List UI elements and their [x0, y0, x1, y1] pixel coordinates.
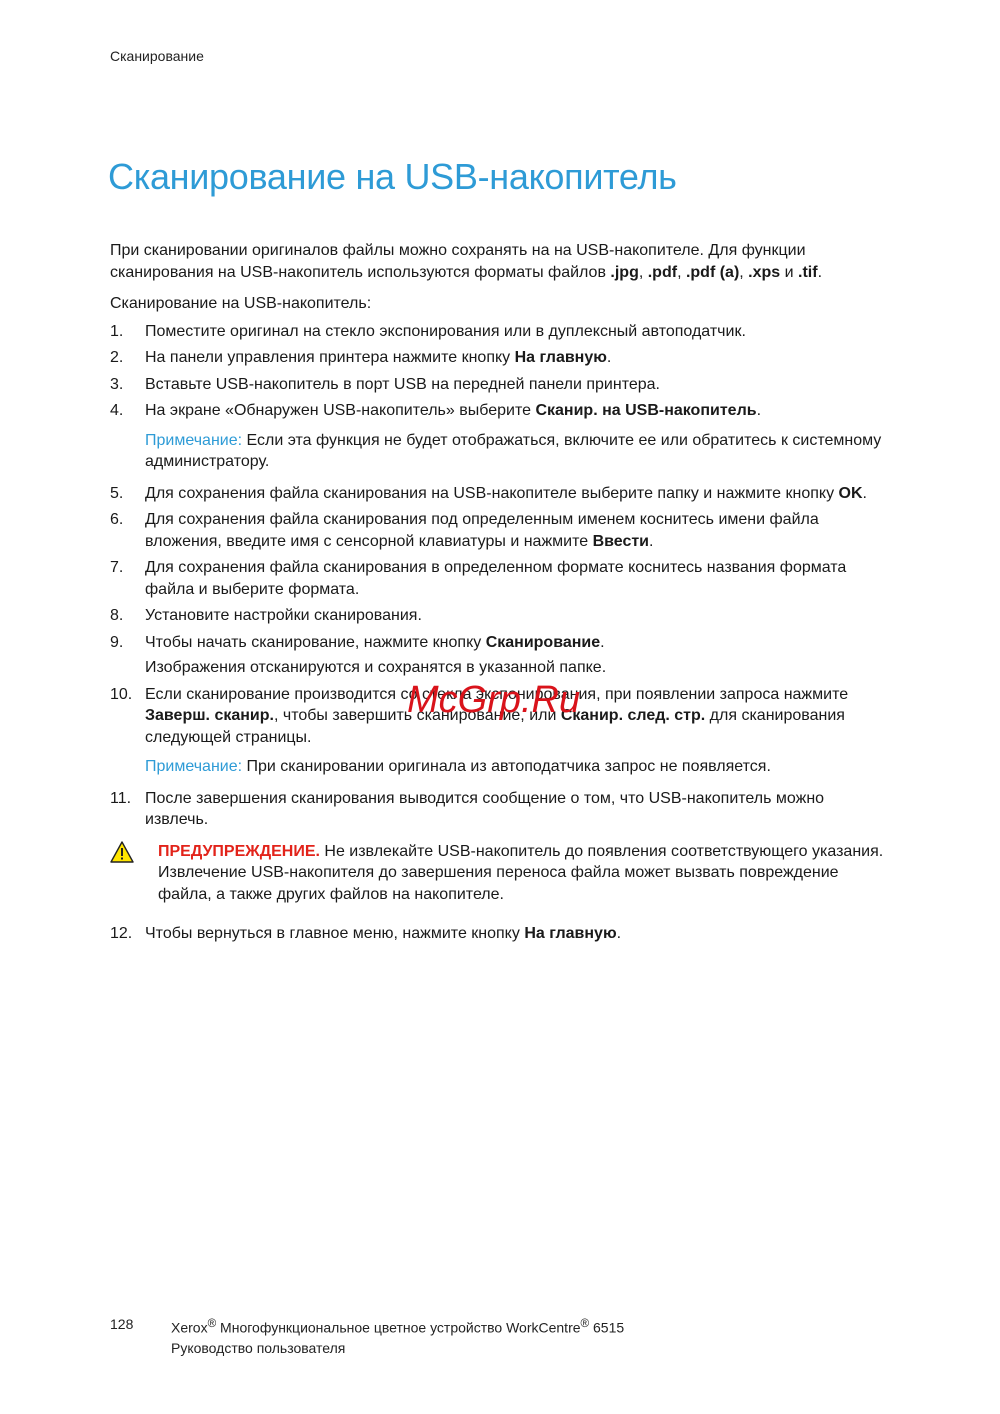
note-text: Если эта функция не будет отображаться, …	[145, 432, 881, 471]
format-tif: .tif	[798, 264, 818, 281]
step-1: 1.Поместите оригинал на стекло экспониро…	[110, 321, 890, 343]
step-text-end: .	[863, 485, 867, 502]
format-pdfa: .pdf (a)	[686, 264, 739, 281]
button-reference: Сканирование	[486, 634, 600, 651]
page-number: 128	[110, 1314, 133, 1334]
steps-list-continued: 5.Для сохранения файла сканирования на U…	[110, 483, 890, 749]
step-number: 6.	[110, 509, 123, 531]
document-body: При сканировании оригиналов файлы можно …	[110, 240, 890, 950]
separator: и	[780, 264, 798, 281]
format-pdf: .pdf	[648, 264, 677, 281]
step-2: 2.На панели управления принтера нажмите …	[110, 347, 890, 369]
intro-paragraph: При сканировании оригиналов файлы можно …	[110, 240, 890, 283]
step-text-end: .	[649, 533, 653, 550]
step-result: Изображения отсканируются и сохранятся в…	[145, 657, 890, 679]
step-11: 11.После завершения сканирования выводит…	[110, 788, 890, 831]
button-reference: Заверш. сканир.	[145, 707, 274, 724]
step-text-end: .	[757, 402, 761, 419]
step-text: Для сохранения файла сканирования на USB…	[145, 485, 839, 502]
registered-mark: ®	[581, 1317, 590, 1330]
running-header: Сканирование	[110, 48, 204, 64]
note-1: Примечание: Если эта функция не будет от…	[110, 430, 890, 473]
step-number: 10.	[110, 684, 132, 706]
format-jpg: .jpg	[610, 264, 638, 281]
button-reference: Сканир. след. стр.	[561, 707, 705, 724]
procedure-lead: Сканирование на USB-накопитель:	[110, 293, 890, 315]
step-number: 1.	[110, 321, 123, 343]
note-text: При сканировании оригинала из автоподатч…	[242, 758, 771, 775]
step-text-end: .	[600, 634, 604, 651]
footer-subtitle: Руководство пользователя	[171, 1338, 624, 1358]
step-text: Чтобы начать сканирование, нажмите кнопк…	[145, 634, 486, 651]
step-number: 4.	[110, 400, 123, 422]
note-label: Примечание:	[145, 432, 242, 449]
step-text: Поместите оригинал на стекло экспонирова…	[145, 323, 746, 340]
step-number: 7.	[110, 557, 123, 579]
step-text: На панели управления принтера нажмите кн…	[145, 349, 515, 366]
steps-list-continued-2: 11.После завершения сканирования выводит…	[110, 788, 890, 831]
step-text: После завершения сканирования выводится …	[145, 790, 824, 829]
steps-list-continued-3: 12.Чтобы вернуться в главное меню, нажми…	[110, 923, 890, 945]
step-text: Если сканирование производится со стекла…	[145, 686, 848, 703]
warning-text: ПРЕДУПРЕЖДЕНИЕ. Не извлекайте USB-накопи…	[158, 841, 890, 906]
warning-triangle-icon	[110, 841, 134, 863]
footer-product-line: Xerox® Многофункциональное цветное устро…	[171, 1314, 624, 1338]
button-reference: На главную	[515, 349, 607, 366]
warning-block: ПРЕДУПРЕЖДЕНИЕ. Не извлекайте USB-накопи…	[110, 841, 890, 906]
page-title: Сканирование на USB-накопитель	[108, 156, 677, 198]
step-text: На экране «Обнаружен USB-накопитель» выб…	[145, 402, 535, 419]
note-label: Примечание:	[145, 758, 242, 775]
model-number: 6515	[589, 1320, 624, 1336]
brand-name: Xerox	[171, 1320, 208, 1336]
step-6: 6.Для сохранения файла сканирования под …	[110, 509, 890, 552]
product-name: Многофункциональное цветное устройство W…	[216, 1320, 580, 1336]
step-5: 5.Для сохранения файла сканирования на U…	[110, 483, 890, 505]
period: .	[818, 264, 822, 281]
steps-list: 1.Поместите оригинал на стекло экспониро…	[110, 321, 890, 422]
step-text-end: .	[607, 349, 611, 366]
step-10: 10.Если сканирование производится со сте…	[110, 684, 890, 749]
step-3: 3.Вставьте USB-накопитель в порт USB на …	[110, 374, 890, 396]
step-number: 9.	[110, 632, 123, 654]
step-text: Чтобы вернуться в главное меню, нажмите …	[145, 925, 524, 942]
step-8: 8.Установите настройки сканирования.	[110, 605, 890, 627]
step-text: Для сохранения файла сканирования в опре…	[145, 559, 846, 598]
step-4: 4.На экране «Обнаружен USB-накопитель» в…	[110, 400, 890, 422]
step-9: 9.Чтобы начать сканирование, нажмите кно…	[110, 632, 890, 679]
separator: ,	[639, 264, 648, 281]
registered-mark: ®	[208, 1317, 217, 1330]
button-reference: OK	[839, 485, 863, 502]
step-number: 12.	[110, 923, 132, 945]
step-text: , чтобы завершить сканирование, или	[274, 707, 561, 724]
step-text-end: .	[617, 925, 621, 942]
format-xps: .xps	[748, 264, 780, 281]
footer-product: Xerox® Многофункциональное цветное устро…	[171, 1314, 624, 1358]
step-number: 11.	[110, 788, 131, 810]
separator: ,	[739, 264, 748, 281]
step-text: Установите настройки сканирования.	[145, 607, 422, 624]
button-reference: Ввести	[593, 533, 649, 550]
step-text: Для сохранения файла сканирования под оп…	[145, 511, 819, 550]
step-number: 2.	[110, 347, 123, 369]
step-number: 8.	[110, 605, 123, 627]
button-reference: На главную	[524, 925, 616, 942]
button-reference: Сканир. на USB-накопитель	[535, 402, 756, 419]
step-7: 7.Для сохранения файла сканирования в оп…	[110, 557, 890, 600]
step-number: 3.	[110, 374, 123, 396]
warning-label: ПРЕДУПРЕЖДЕНИЕ.	[158, 843, 320, 860]
separator: ,	[677, 264, 686, 281]
step-text: Вставьте USB-накопитель в порт USB на пе…	[145, 376, 660, 393]
note-2: Примечание: При сканировании оригинала и…	[110, 756, 890, 778]
step-number: 5.	[110, 483, 123, 505]
step-12: 12.Чтобы вернуться в главное меню, нажми…	[110, 923, 890, 945]
